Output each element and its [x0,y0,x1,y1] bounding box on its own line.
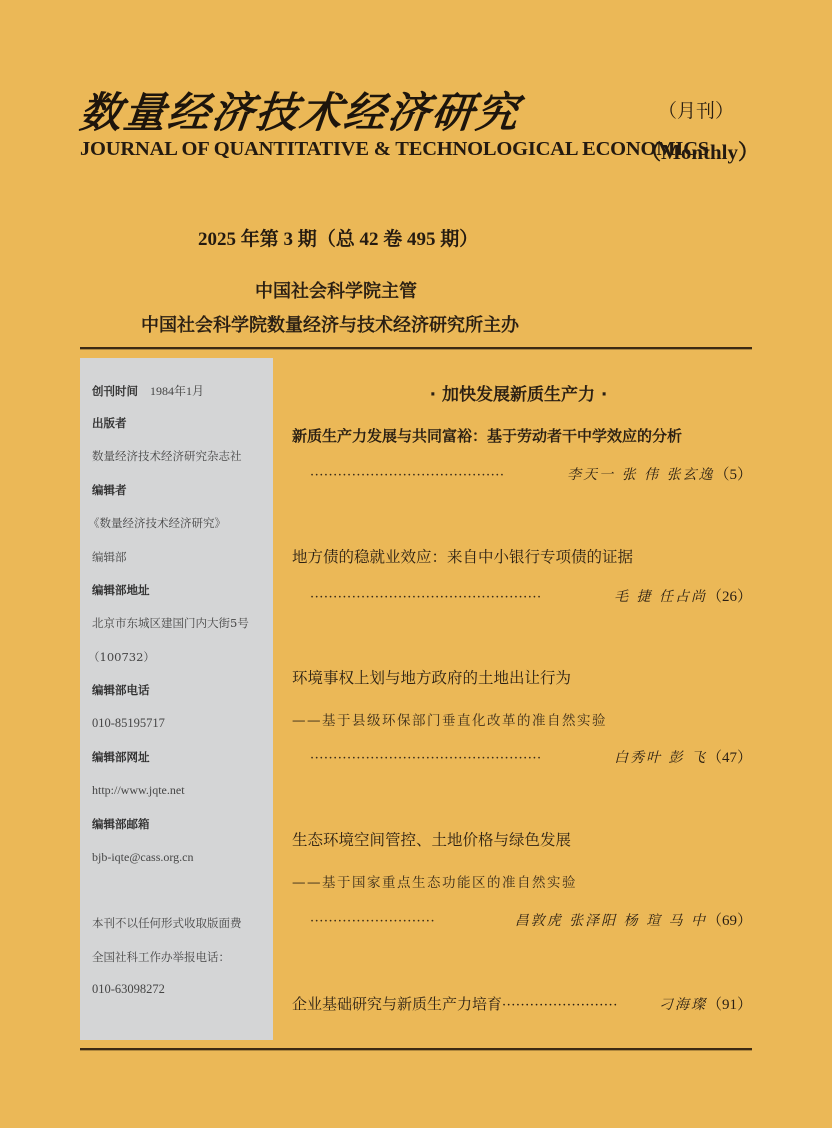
article-authors: 白秀叶 彭 飞 [610,747,707,767]
article-authors: 刁海璨 [655,994,707,1014]
journal-title-cn: 数量经济技术经济研究 [77,80,523,140]
supervisor-line: 中国社会科学院主管 [255,277,417,303]
article-byline: ··························· 昌敦虎 张泽阳 杨 瑄 … [310,909,752,930]
article-subtitle: ——基于县级环保部门垂直化改革的准自然实验 [292,709,607,729]
website-link[interactable]: http://www.jqte.net [92,783,185,798]
article-authors: 李天一 张 伟 张玄逸 [563,464,714,484]
founded-label: 创刊时间 [92,384,138,398]
publisher-value: 数量经济技术经济研究杂志社 [92,448,242,464]
notice-no-fees: 本刊不以任何形式收取版面费 [92,915,242,931]
article-byline: ········································… [310,746,752,767]
article-title[interactable]: 地方债的稳就业效应：来自中小银行专项债的证据 [292,545,633,567]
editor-label: 编辑者 [92,482,127,498]
notice-report-phone-label: 全国社科工作办举报电话： [92,949,230,965]
article-title[interactable]: 环境事权上划与地方政府的土地出让行为 [292,666,571,688]
address-label: 编辑部地址 [92,582,150,598]
email-link[interactable]: bjb-iqte@cass.org.cn [92,850,193,865]
publisher-label: 出版者 [92,415,127,431]
article-page: （26） [707,585,752,606]
phone-label: 编辑部电话 [92,682,150,698]
leader-dots: ········································… [310,590,610,605]
leader-dots: ························· [502,998,655,1013]
article-title[interactable]: 生态环境空间管控、土地价格与绿色发展 [292,828,571,850]
article-authors: 昌敦虎 张泽阳 杨 瑄 马 中 [511,910,707,930]
article-title[interactable]: 新质生产力发展与共同富裕：基于劳动者干中学效应的分析 [292,425,682,446]
notice-report-phone: 010-63098272 [92,982,165,997]
bottom-divider [80,1048,752,1050]
article-row[interactable]: 企业基础研究与新质生产力培育 ·························… [292,993,752,1014]
article-byline: ········································… [310,463,752,484]
info-box: 创刊时间1984年1月 出版者 数量经济技术经济研究杂志社 编辑者 《数量经济技… [80,358,273,1040]
phone-value: 010-85195717 [92,716,165,731]
top-divider [80,347,752,349]
leader-dots: ··························· [310,914,511,929]
issue-info: 2025 年第 3 期（总 42 卷 495 期） [198,224,478,251]
article-page: （5） [714,463,752,484]
leader-dots: ········································… [310,468,563,483]
leader-dots: ········································… [310,751,610,766]
sponsor-line: 中国社会科学院数量经济与技术经济研究所主办 [141,311,519,337]
article-title[interactable]: 企业基础研究与新质生产力培育 [292,993,502,1014]
founded-row: 创刊时间1984年1月 [92,382,204,399]
editor-value-journal: 《数量经济技术经济研究》 [88,515,226,531]
journal-title-en: JOURNAL OF QUANTITATIVE & TECHNOLOGICAL … [80,138,709,161]
postcode-value: （100732） [88,649,155,665]
section-title: · 加快发展新质生产力 · [285,380,752,405]
website-label: 编辑部网址 [92,749,150,765]
article-subtitle: ——基于国家重点生态功能区的准自然实验 [292,871,577,891]
article-byline: ········································… [310,585,752,606]
editor-value-dept: 编辑部 [92,549,127,565]
frequency-en: （Monthly） [640,136,759,166]
article-page: （69） [707,909,752,930]
article-authors: 毛 捷 任占尚 [610,586,707,606]
founded-value: 1984年1月 [150,384,204,398]
address-value: 北京市东城区建国门内大街5号 [92,615,249,631]
article-page: （91） [707,993,752,1014]
frequency-cn: （月刊） [658,96,734,123]
email-label: 编辑部邮箱 [92,816,150,832]
article-page: （47） [707,746,752,767]
